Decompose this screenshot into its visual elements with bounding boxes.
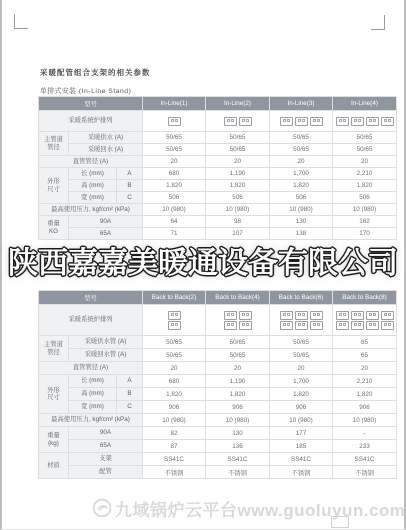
company-watermark: 陕西嘉嘉美暖通设备有限公司 [0,241,406,287]
row-label: 最高使用压力, kgf/cm² (kPa) [39,414,143,427]
cell-value: 20 [270,362,333,375]
cell-value: 71 [143,228,206,240]
boiler-knob [302,313,305,316]
cell-value: 50/65 [270,349,333,362]
bottom-page-mark [331,516,349,528]
row-label: 采暖系统炉排列 [39,111,143,132]
row-label: 支架 [69,453,143,466]
boiler-knob [369,119,372,122]
inline-stand-table: 型号In-Line(1)In-Line(2)In-Line(3)In-Line(… [38,96,397,240]
cell-value: 1,820 [143,180,206,192]
boiler-icon-row [145,311,203,320]
cell-value: 50/65 [206,132,270,144]
cell-value: 906 [143,401,206,414]
boiler-icon-row [208,117,267,126]
boiler-knob [175,119,178,122]
boiler-icon [295,311,308,320]
boiler-icon [280,321,293,330]
boiler-knob [373,323,376,326]
boiler-knob [231,313,234,316]
boiler-icon-row [145,117,203,126]
boiler-icon [310,311,323,320]
boiler-arrangement-cell [206,111,270,132]
cell-value: SS41C [270,453,333,466]
row-label: 高 (mm) [69,388,117,401]
boiler-arrangement-cell [333,111,397,132]
row-group-label: 外形 尺寸 [39,375,69,414]
column-header: In-Line(4) [333,97,397,111]
cell-value: 906 [270,401,333,414]
boiler-knob [343,313,346,316]
cell-value: 506 [143,192,206,204]
column-header: In-Line(1) [143,97,206,111]
row-label: 65A [69,228,143,240]
section-subtitle: 单排式安装 (In-Line Stand) [40,85,131,95]
row-group-label: 重量 KG [39,216,69,240]
row-label: 长 (mm) [69,168,117,180]
cell-value: 50/65 [206,144,270,156]
boiler-icon [381,117,394,126]
boiler-icon-row [272,117,330,126]
boiler-arrangement-cell [270,111,333,132]
boiler-knob [246,313,249,316]
boiler-knob [384,119,387,122]
boiler-knob [317,323,320,326]
boiler-icon [224,321,237,330]
boiler-knob [317,313,320,316]
cell-value: 906 [333,401,397,414]
boiler-icon-row [335,117,394,126]
row-label: 采暖回水管 (A) [69,349,143,362]
boiler-knob [313,313,316,316]
boiler-knob [287,119,290,122]
boiler-icon [295,321,308,330]
boiler-knob [384,323,387,326]
cell-value: 50/65 [143,336,206,349]
boiler-icon [239,311,252,320]
cell-value: 65 [333,336,397,349]
boiler-knob [339,323,342,326]
boiler-knob [373,313,376,316]
footer-logo-icon [92,498,112,518]
cell-value: 50/65 [143,132,206,144]
cell-value: 233 [333,440,397,453]
boiler-knob [283,313,286,316]
footer-watermark-text: 九域锅炉云平台www.guoluyun.com [115,496,405,521]
cell-value: 1,820 [333,388,397,401]
boiler-icon [381,311,394,320]
row-group-label: 主管道 管径 [39,132,69,156]
boiler-icon [381,321,394,330]
cell-value: 64 [143,216,206,228]
row-label: 直管管径 (A) [39,156,143,168]
cell-value: 1,820 [270,180,333,192]
row-group-label: 外形 尺寸 [39,168,69,204]
cell-value: 不锈钢 [206,466,270,479]
cell-value: 1,820 [270,388,333,401]
cell-value: 1,820 [333,180,397,192]
footer-watermark: 九域锅炉云平台www.guoluyun.com [92,496,405,520]
cell-value: 2,210 [333,168,397,180]
boiler-icon-row [208,311,267,320]
boiler-knob [283,119,286,122]
row-group-label: 重量 (kg) [39,427,69,453]
row-label: 采暖供水管 (A) [69,336,143,349]
cell-value: SS41C [143,453,206,466]
boiler-knob [175,323,178,326]
boiler-icon [168,117,181,126]
cell-value: 20 [333,362,397,375]
boiler-icon [280,117,293,126]
boiler-icon [336,311,349,320]
boiler-knob [246,323,249,326]
row-label: 65A [69,440,143,453]
boiler-knob [384,313,387,316]
boiler-knob [339,313,342,316]
row-group-label: 主管道 管径 [39,336,69,362]
boiler-knob [171,313,174,316]
row-label: A [117,168,143,180]
cell-value: SS41C [333,453,397,466]
cell-value: 98 [206,216,270,228]
cell-value: 506 [270,192,333,204]
row-label: C [117,192,143,204]
row-label: 高 (mm) [69,180,117,192]
boiler-arrangement-cell [143,111,206,132]
column-header: In-Line(2) [206,97,270,111]
cell-value: 130 [206,427,270,440]
boiler-icon [351,117,364,126]
row-label: A [117,375,143,388]
cell-value: 50/65 [270,132,333,144]
cell-value: 1,190 [206,168,270,180]
row-label: B [117,180,143,192]
boiler-icon [224,117,237,126]
cell-value: 50/65 [143,144,206,156]
boiler-icon [168,311,181,320]
boiler-icon-row [145,321,203,330]
boiler-knob [343,323,346,326]
boiler-knob [388,323,391,326]
cell-value: 10 (980) [270,414,333,427]
cell-value: 20 [270,156,333,168]
boiler-knob [369,323,372,326]
cell-value: 1,190 [206,375,270,388]
boiler-knob [231,323,234,326]
cell-value: 185 [270,440,333,453]
boiler-knob [343,119,346,122]
column-header: Back to Back(8) [333,291,397,305]
boiler-knob [283,323,286,326]
row-label: 长 (mm) [69,375,117,388]
boiler-icon [168,321,181,330]
margin-corner-mark-left [14,14,28,29]
boiler-icon [310,117,323,126]
boiler-knob [388,119,391,122]
boiler-knob [358,323,361,326]
boiler-icon [310,321,323,330]
cell-value: 162 [333,216,397,228]
row-group-label: 材质 [39,453,69,479]
boiler-knob [339,119,342,122]
document-page: { "page": { "title": "采暖配管组合支架的相关参数", "s… [0,0,406,530]
column-header: Back to Back(4) [206,291,270,305]
cell-value: 50/65 [143,349,206,362]
page-title: 采暖配管组合支架的相关参数 [40,67,151,78]
boiler-knob [354,313,357,316]
boiler-icon-row [208,321,267,330]
boiler-knob [298,323,301,326]
row-label: 配管 [69,466,143,479]
row-label: 采暖供水 (A) [69,132,143,144]
cell-value: 20 [143,156,206,168]
boiler-knob [227,119,230,122]
boiler-knob [298,313,301,316]
boiler-knob [246,119,249,122]
boiler-knob [287,313,290,316]
cell-value: 10 (980) [143,204,206,216]
cell-value: 177 [270,427,333,440]
boiler-icon [366,311,379,320]
boiler-arrangement-cell [270,305,333,336]
cell-value: 1,820 [143,388,206,401]
boiler-knob [298,119,301,122]
cell-value: 50/65 [206,349,270,362]
boiler-icon [366,321,379,330]
cell-value: 107 [206,228,270,240]
cell-value: 不锈钢 [143,466,206,479]
cell-value: 20 [333,156,397,168]
column-header: Back to Back(6) [270,291,333,305]
boiler-arrangement-cell [143,305,206,336]
cell-value: 170 [333,228,397,240]
boiler-icon [295,117,308,126]
back-to-back-table: 型号Back to Back(2)Back to Back(4)Back to … [38,290,397,479]
boiler-icon [366,117,379,126]
cell-value: 506 [333,192,397,204]
cell-value: 10 (980) [333,414,397,427]
model-header: 型号 [39,97,143,111]
cell-value: 20 [143,362,206,375]
cell-value: 10 (980) [333,204,397,216]
boiler-icon-row [335,321,394,330]
row-label: 采暖系统炉排列 [39,305,143,336]
boiler-icon [239,117,252,126]
cell-value: 65 [333,349,397,362]
boiler-knob [369,313,372,316]
cell-value: 10 (980) [270,204,333,216]
cell-value: 2,210 [333,375,397,388]
boiler-knob [242,323,245,326]
cell-value: 10 (980) [143,414,206,427]
boiler-knob [242,119,245,122]
cell-value: 82 [143,427,206,440]
column-header: In-Line(3) [270,97,333,111]
row-label: 直管管径 (A) [39,362,143,375]
boiler-icon [336,117,349,126]
cell-value: 906 [206,401,270,414]
boiler-knob [317,119,320,122]
cell-value: 680 [143,168,206,180]
boiler-arrangement-cell [333,305,397,336]
row-label: 宽 (mm) [69,192,117,204]
boiler-knob [227,323,230,326]
cell-value: 1,820 [206,180,270,192]
boiler-knob [231,119,234,122]
cell-value: 138 [270,228,333,240]
cell-value: 50/65 [333,144,397,156]
cell-value: 50/65 [206,336,270,349]
cell-value: 130 [270,216,333,228]
cell-value: 不锈钢 [333,466,397,479]
row-label: 最高使用压力, kgf/cm² (kPa) [39,204,143,216]
boiler-icon [351,311,364,320]
cell-value: 506 [206,192,270,204]
boiler-icon [351,321,364,330]
row-label: C [117,401,143,414]
boiler-knob [227,313,230,316]
column-header: Back to Back(2) [143,291,206,305]
boiler-knob [373,119,376,122]
cell-value: 10 (980) [206,414,270,427]
cell-value: 50/65 [333,132,397,144]
model-header: 型号 [39,291,143,305]
row-label: 宽 (mm) [69,401,117,414]
cell-value: 136 [206,440,270,453]
boiler-knob [287,323,290,326]
boiler-knob [302,119,305,122]
row-label: 90A [69,216,143,228]
boiler-icon-row [335,311,394,320]
row-label: 90A [69,427,143,440]
boiler-icon [336,321,349,330]
boiler-knob [358,313,361,316]
boiler-arrangement-cell [206,305,270,336]
cell-value: SS41C [206,453,270,466]
boiler-icon [239,321,252,330]
cell-value: 50/65 [270,336,333,349]
boiler-knob [313,323,316,326]
boiler-icon [280,311,293,320]
boiler-knob [354,323,357,326]
cell-value: 680 [143,375,206,388]
cell-value: 87 [143,440,206,453]
cell-value: 1,700 [270,375,333,388]
boiler-knob [171,323,174,326]
margin-corner-mark-right [371,15,385,30]
boiler-icon [224,311,237,320]
cell-value: 50/65 [270,144,333,156]
row-label: B [117,388,143,401]
cell-value: 1,820 [206,388,270,401]
boiler-knob [388,313,391,316]
cell-value: 10 (980) [206,204,270,216]
boiler-knob [171,119,174,122]
boiler-knob [302,323,305,326]
cell-value: 20 [206,156,270,168]
boiler-icon-row [272,311,330,320]
cell-value: 不锈钢 [270,466,333,479]
boiler-knob [354,119,357,122]
cell-value: 1,700 [270,168,333,180]
boiler-knob [313,119,316,122]
cell-value: 20 [206,362,270,375]
boiler-icon-row [272,321,330,330]
boiler-knob [175,313,178,316]
row-label: 采暖回水 (A) [69,144,143,156]
cell-value: - [333,427,397,440]
boiler-knob [242,313,245,316]
boiler-knob [358,119,361,122]
